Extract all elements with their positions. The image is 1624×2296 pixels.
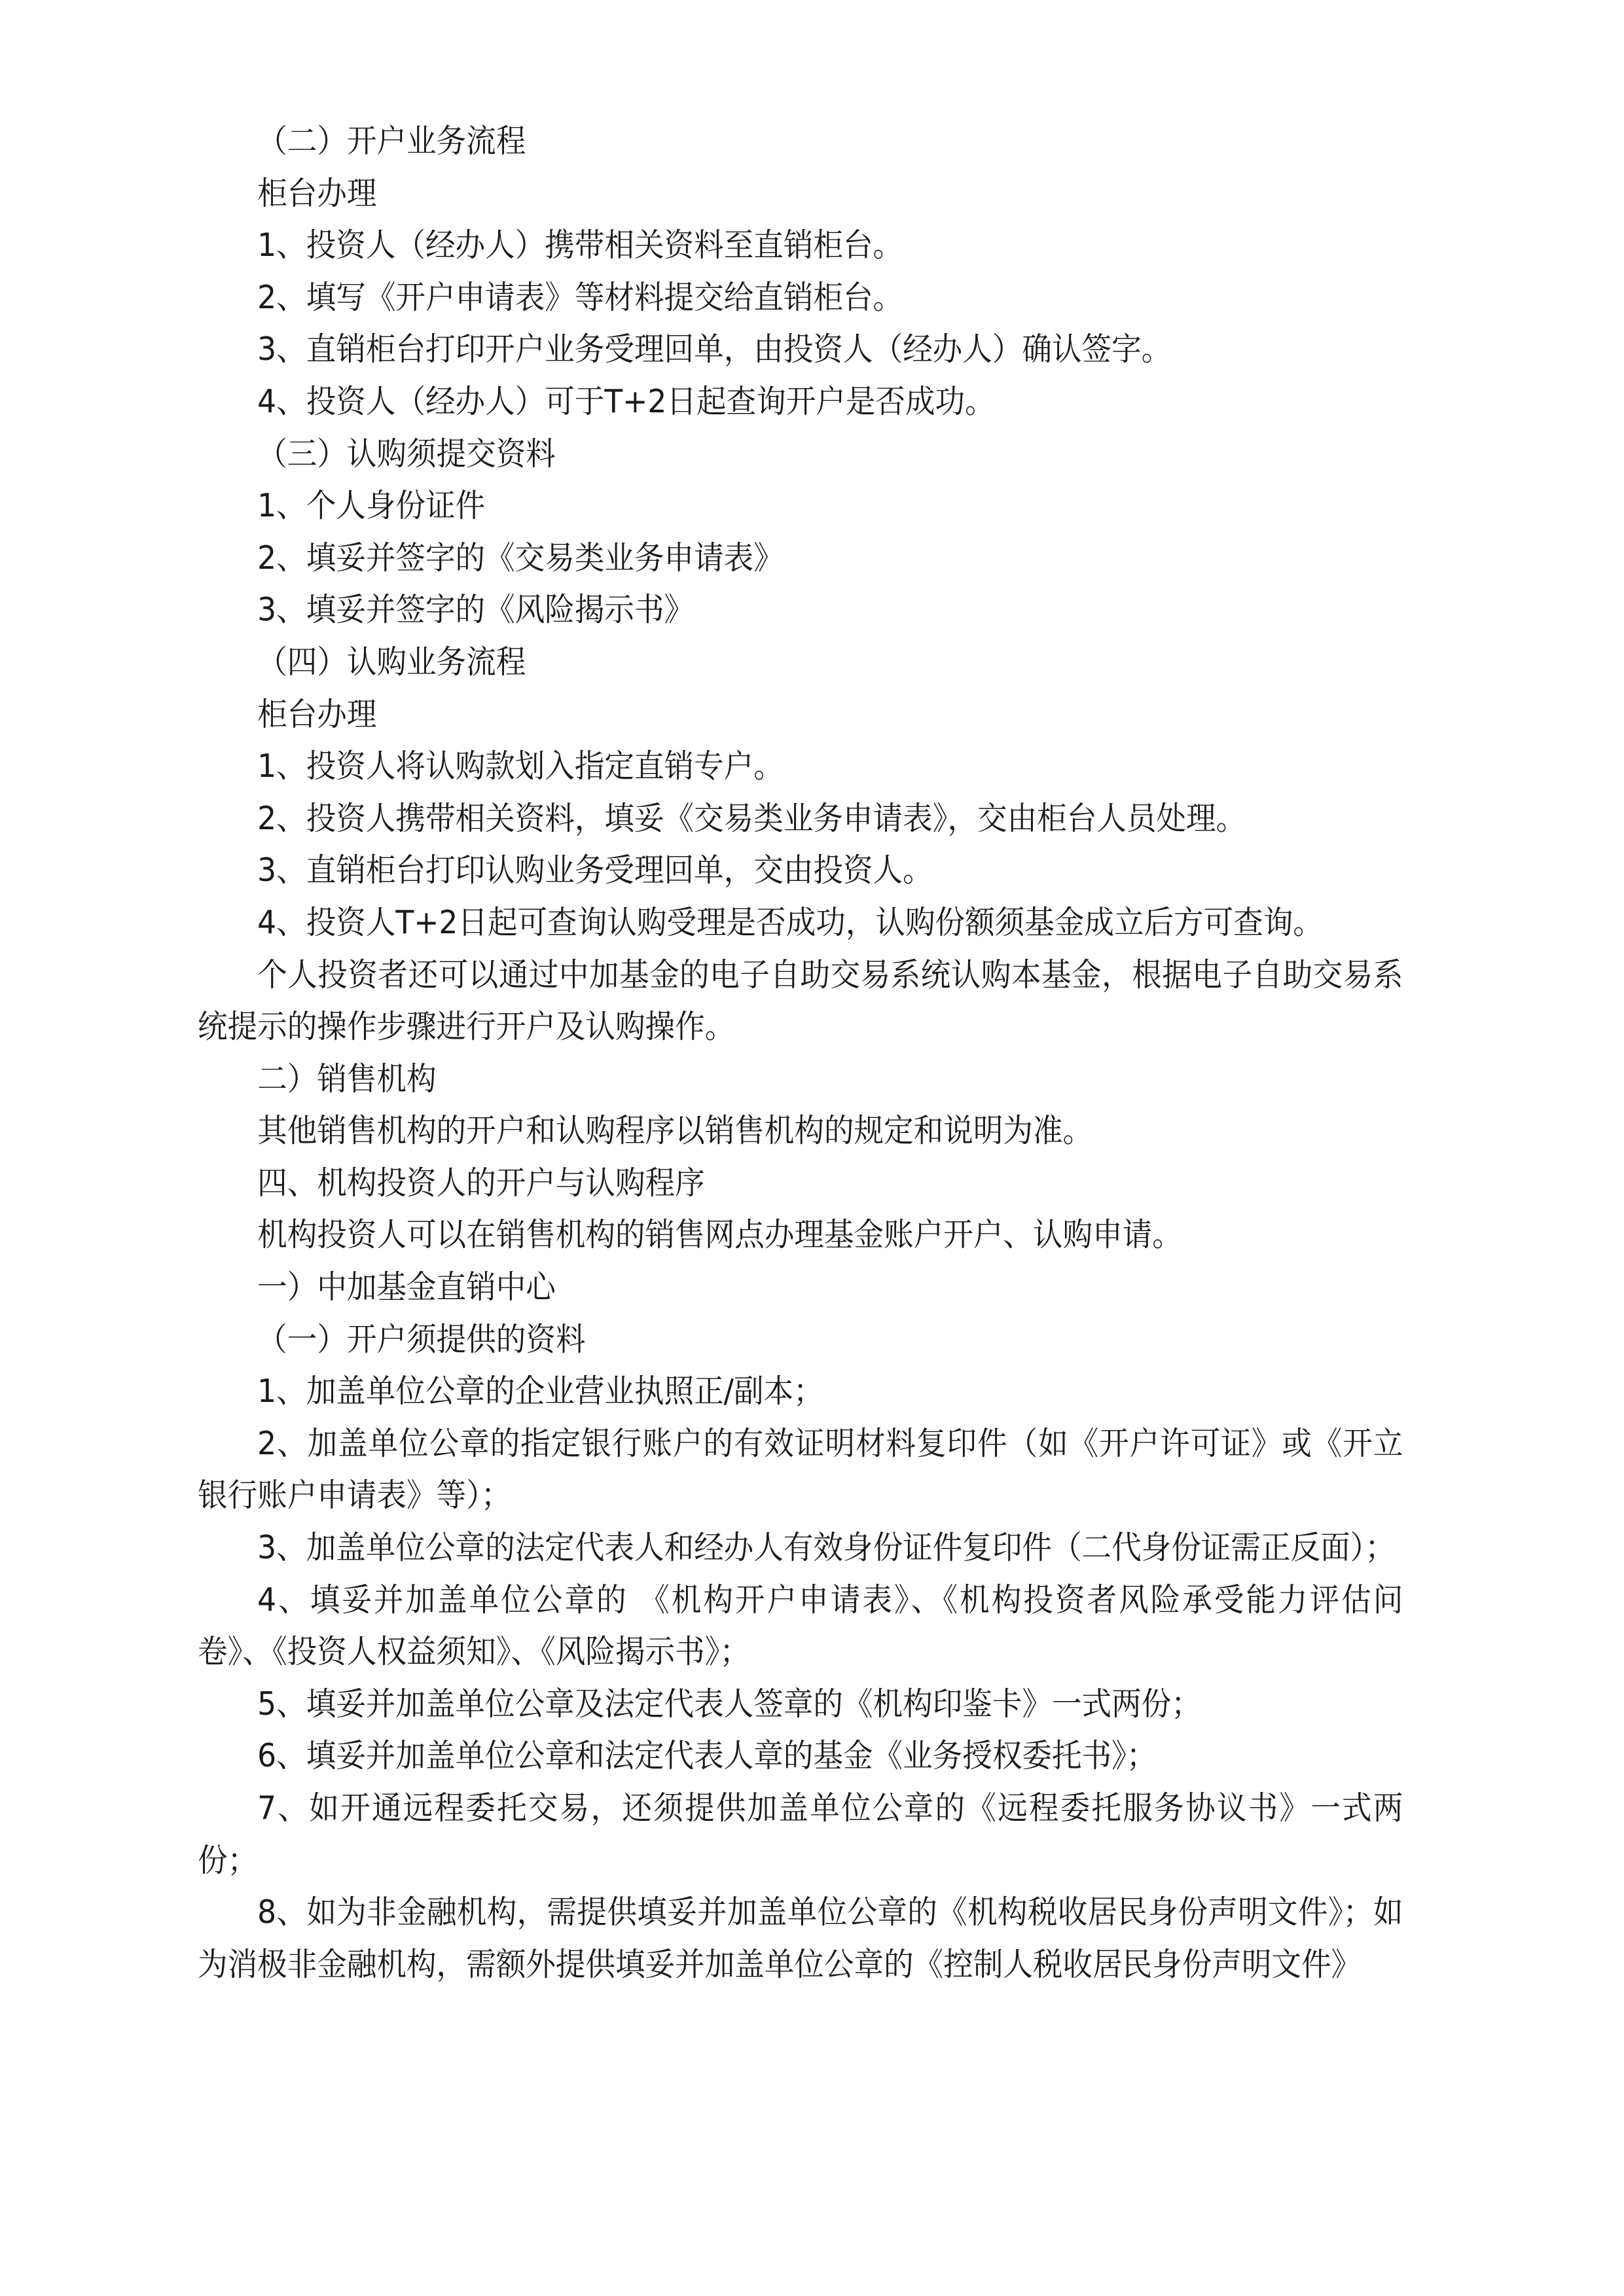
document-page: （二）开户业务流程 柜台办理 1、投资人（经办人）携带相关资料至直销柜台。 2、… (198, 115, 1402, 1990)
paragraph: 5、填妥并加盖单位公章及法定代表人签章的《机构印鉴卡》一式两份； (198, 1678, 1403, 1731)
section-heading-account-opening-process: （二）开户业务流程 (198, 115, 1403, 168)
paragraph: 4、填妥并加盖单位公章的 《机构开户申请表》、《机构投资者风险承受能力评估问卷》… (198, 1574, 1403, 1678)
paragraph: 1、投资人将认购款划入指定直销专户。 (198, 740, 1403, 793)
section-heading-sales-agencies: 二）销售机构 (198, 1053, 1403, 1105)
section-heading-direct-sales-center: 一）中加基金直销中心 (198, 1261, 1403, 1314)
paragraph: 1、加盖单位公章的企业营业执照正/副本； (198, 1365, 1403, 1418)
paragraph: 其他销售机构的开户和认购程序以销售机构的规定和说明为准。 (198, 1105, 1403, 1157)
paragraph: 3、直销柜台打印认购业务受理回单，交由投资人。 (198, 844, 1403, 897)
paragraph: 1、个人身份证件 (198, 480, 1403, 532)
paragraph: 2、填妥并签字的《交易类业务申请表》 (198, 532, 1403, 584)
section-heading-subscription-process: （四）认购业务流程 (198, 636, 1403, 689)
paragraph: 4、投资人T+2日起可查询认购受理是否成功，认购份额须基金成立后方可查询。 (198, 897, 1403, 949)
section-heading-account-opening-materials: （一）开户须提供的资料 (198, 1314, 1403, 1366)
subheading-counter-service: 柜台办理 (198, 689, 1403, 741)
paragraph: 3、直销柜台打印开户业务受理回单，由投资人（经办人）确认签字。 (198, 323, 1403, 376)
section-heading-subscription-materials: （三）认购须提交资料 (198, 428, 1403, 480)
paragraph: 1、投资人（经办人）携带相关资料至直销柜台。 (198, 219, 1403, 272)
paragraph: 8、如为非金融机构，需提供填妥并加盖单位公章的《机构税收居民身份声明文件》；如为… (198, 1886, 1403, 1990)
paragraph: 2、加盖单位公章的指定银行账户的有效证明材料复印件（如《开户许可证》或《开立银行… (198, 1418, 1403, 1522)
paragraph: 3、加盖单位公章的法定代表人和经办人有效身份证件复印件（二代身份证需正反面）； (198, 1522, 1403, 1574)
paragraph: 2、投资人携带相关资料，填妥《交易类业务申请表》，交由柜台人员处理。 (198, 793, 1403, 845)
paragraph: 2、填写《开户申请表》等材料提交给直销柜台。 (198, 272, 1403, 324)
paragraph: 6、填妥并加盖单位公章和法定代表人章的基金《业务授权委托书》； (198, 1730, 1403, 1782)
paragraph: 个人投资者还可以通过中加基金的电子自助交易系统认购本基金，根据电子自助交易系统提… (198, 949, 1403, 1053)
paragraph: 机构投资人可以在销售机构的销售网点办理基金账户开户、认购申请。 (198, 1209, 1403, 1261)
paragraph: 7、如开通远程委托交易，还须提供加盖单位公章的《远程委托服务协议书》一式两份； (198, 1782, 1403, 1886)
section-heading-institutional-investors: 四、机构投资人的开户与认购程序 (198, 1157, 1403, 1210)
subheading-counter-service: 柜台办理 (198, 168, 1403, 220)
paragraph: 3、填妥并签字的《风险揭示书》 (198, 584, 1403, 636)
paragraph: 4、投资人（经办人）可于T+2日起查询开户是否成功。 (198, 376, 1403, 428)
